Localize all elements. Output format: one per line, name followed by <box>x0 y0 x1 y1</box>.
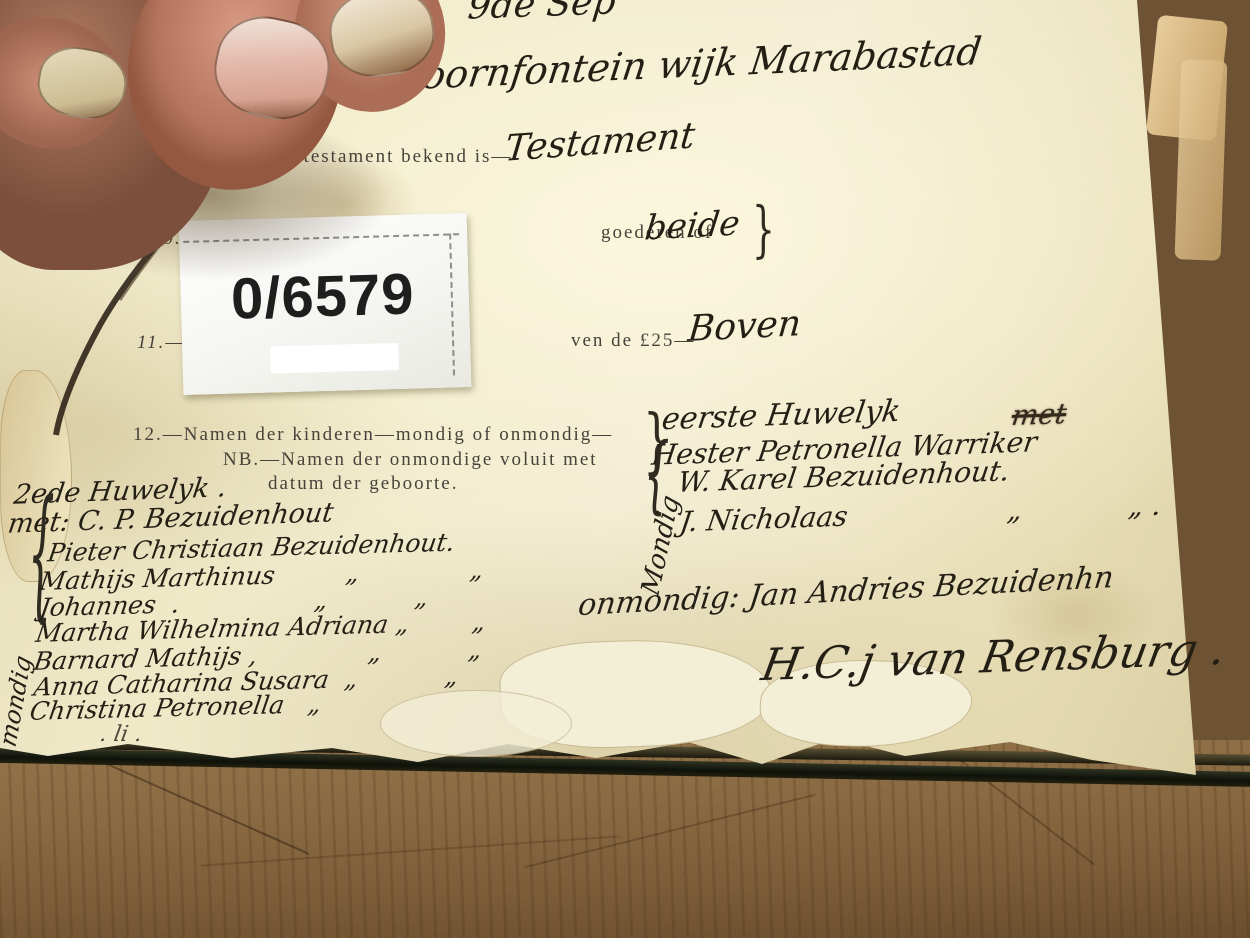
form-question-11-text: ven de £25— <box>571 330 695 352</box>
handwriting-q10-answer: beide <box>643 203 742 248</box>
torn-paper-patch <box>380 690 572 757</box>
sticker-dashed-line-vertical <box>449 233 455 375</box>
torn-text-fragment: . li . <box>98 722 144 747</box>
torn-page-flap <box>1175 59 1228 260</box>
printed-brace: } <box>752 196 775 266</box>
handwriting-q11-answer: Boven <box>686 303 802 350</box>
